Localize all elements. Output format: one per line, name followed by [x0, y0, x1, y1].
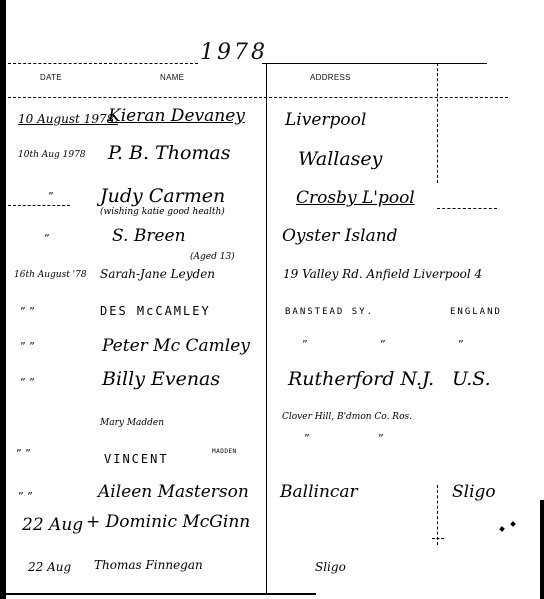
entry-name: Mary Madden [100, 418, 164, 428]
entry-extra: ENGLAND [450, 307, 502, 317]
row-rule-right [437, 208, 497, 209]
entry-name: DES McCAMLEY [100, 304, 211, 318]
entry-name: Billy Evenas [102, 368, 220, 390]
ditto-mark: ” ” [20, 376, 35, 389]
ditto-mark: ” [304, 432, 310, 445]
header-top-rule [8, 63, 198, 64]
scan-edge-right [540, 500, 544, 599]
row-tick [432, 538, 444, 539]
entry-address: Rutherford N.J. [288, 368, 434, 390]
header-bottom-rule [8, 97, 508, 98]
ditto-mark: ” [48, 190, 54, 203]
entry-name: Aileen Masterson [98, 482, 249, 502]
entry-address: Liverpool [285, 110, 366, 130]
entry-date: 10 August 1978. [18, 112, 118, 126]
ditto-mark: ” ” [20, 305, 35, 318]
entry-name-suffix: MADDEN [212, 448, 237, 455]
entry-date: 22 Aug [22, 515, 83, 535]
entry-extra: U.S. [452, 368, 491, 390]
ditto-mark: ” [378, 432, 384, 445]
entry-name: S. Breen [112, 226, 186, 246]
row-rule-left [8, 205, 70, 206]
entry-name: VINCENT [104, 452, 169, 466]
entry-name: Kieran Devaney [108, 106, 245, 126]
entry-name: Judy Carmen [100, 185, 225, 207]
scan-edge-left [0, 0, 6, 599]
ditto-mark: ” [380, 338, 386, 351]
scan-edge-bottom [6, 593, 316, 595]
ink-mark [499, 526, 505, 532]
entry-note: (wishing katie good health) [100, 207, 225, 217]
entry-name: Peter Mc Camley [102, 336, 250, 356]
year-heading: 1978 [200, 40, 268, 65]
ditto-mark: ” [44, 232, 50, 245]
entry-address: 19 Valley Rd. Anfield Liverpool 4 [283, 267, 482, 281]
ink-mark [510, 521, 516, 527]
column-header-name: NAME [160, 73, 184, 82]
entry-address: Sligo [315, 560, 346, 574]
entry-address: Ballincar [280, 482, 358, 502]
entry-date: 16th August '78 [14, 270, 87, 280]
entry-note: (Aged 13) [190, 252, 235, 262]
column-divider-extra-bottom [437, 485, 438, 545]
entry-address: Wallasey [298, 148, 382, 170]
ditto-mark: ” ” [16, 447, 31, 460]
entry-name: Sarah-Jane Leyden [100, 267, 215, 281]
ditto-mark: ” [458, 338, 464, 351]
ditto-mark: ” [302, 338, 308, 351]
entry-date: 10th Aug 1978 [18, 150, 86, 160]
entry-date: 22 Aug [28, 560, 71, 574]
column-header-date: DATE [40, 73, 62, 82]
entry-address: BANSTEAD SY. [285, 307, 374, 317]
column-divider-extra-top [437, 63, 438, 183]
header-top-rule-right [262, 63, 487, 64]
register-page: 1978 DATE NAME ADDRESS 10 August 1978. K… [0, 0, 544, 599]
column-header-address: ADDRESS [310, 73, 351, 82]
entry-extra: Sligo [452, 482, 496, 502]
column-divider-address [266, 63, 267, 593]
ditto-mark: ” ” [18, 490, 33, 503]
entry-name: P. B. Thomas [108, 142, 231, 164]
entry-address: Crosby L'pool [296, 188, 415, 208]
entry-name: Thomas Finnegan [94, 558, 203, 572]
ditto-mark: ” ” [20, 340, 35, 353]
entry-address: Clover Hill, B'dmon Co. Ros. [282, 412, 412, 422]
entry-name: + Dominic McGinn [86, 512, 250, 532]
entry-address: Oyster Island [282, 226, 398, 246]
